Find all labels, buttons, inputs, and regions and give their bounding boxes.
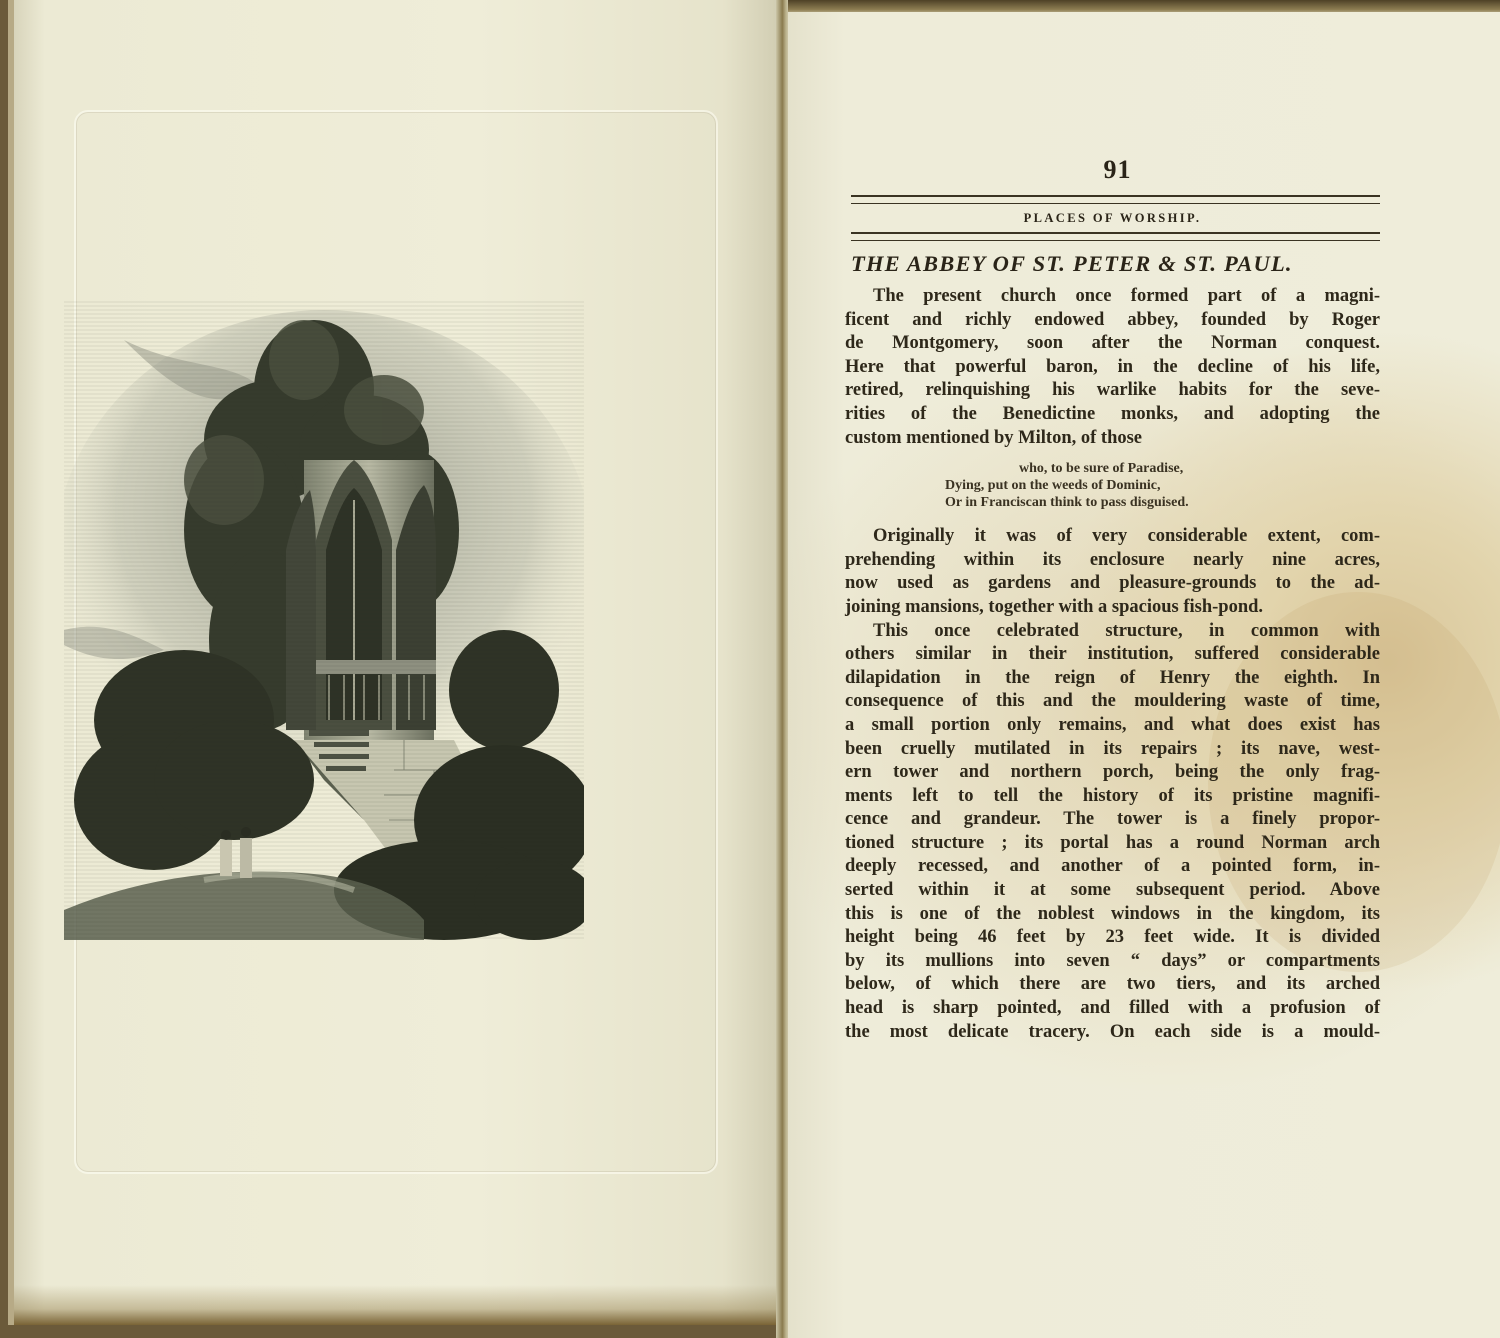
text-line: serted within it at some subsequent peri…: [845, 879, 1380, 903]
text-line: retired, relinquishing his warlike habit…: [845, 379, 1380, 403]
text-line: ments left to tell the history of its pr…: [845, 785, 1380, 809]
text-line: a small portion only remains, and what d…: [845, 714, 1380, 738]
page-text: 91 PLACES OF WORSHIP. THE ABBEY OF ST. P…: [845, 155, 1380, 1044]
page-edge-wear: [14, 1285, 784, 1325]
text-line: rities of the Benedictine monks, and ado…: [845, 403, 1380, 427]
verse-line: Or in Franciscan think to pass disguised…: [845, 494, 1380, 511]
running-head: PLACES OF WORSHIP.: [845, 204, 1380, 232]
text-line: this is one of the noblest windows in th…: [845, 903, 1380, 927]
milton-quotation: who, to be sure of Paradise, Dying, put …: [845, 460, 1380, 511]
text-line: head is sharp pointed, and filled with a…: [845, 997, 1380, 1021]
text-line: ern tower and northern porch, being the …: [845, 761, 1380, 785]
engraving-illustration: [64, 300, 584, 940]
text-line: below, of which there are two tiers, and…: [845, 973, 1380, 997]
text-line: others similar in their institution, suf…: [845, 643, 1380, 667]
header-rule-bottom: [851, 232, 1380, 241]
text-line: de Montgomery, soon after the Norman con…: [845, 332, 1380, 356]
text-line: cence and grandeur. The tower is a finel…: [845, 808, 1380, 832]
text-line: consequence of this and the mouldering w…: [845, 690, 1380, 714]
chapter-title: THE ABBEY OF ST. PETER & ST. PAUL.: [851, 251, 1380, 277]
text-line: Originally it was of very considerable e…: [845, 525, 1380, 549]
text-line: Here that powerful baron, in the decline…: [845, 356, 1380, 380]
text-line: dilapidation in the reign of Henry the e…: [845, 667, 1380, 691]
text-line: This once celebrated structure, in commo…: [845, 620, 1380, 644]
text-line: ficent and richly endowed abbey, founded…: [845, 309, 1380, 333]
text-line: tioned structure ; its portal has a roun…: [845, 832, 1380, 856]
paragraph-3: This once celebrated structure, in commo…: [845, 620, 1380, 1045]
text-line: height being 46 feet by 23 feet wide. It…: [845, 926, 1380, 950]
paragraph-1: The present church once formed part of a…: [845, 285, 1380, 450]
page-number: 91: [845, 155, 1380, 185]
text-line: custom mentioned by Milton, of those: [845, 427, 1380, 451]
header-rule-top: [851, 195, 1380, 204]
verse-line: who, to be sure of Paradise,: [845, 460, 1380, 477]
text-line: deeply recessed, and another of a pointe…: [845, 855, 1380, 879]
text-line: the most delicate tracery. On each side …: [845, 1021, 1380, 1045]
text-line: been cruelly mutilated in its repairs ; …: [845, 738, 1380, 762]
text-line: The present church once formed part of a…: [845, 285, 1380, 309]
open-book-spread: 91 PLACES OF WORSHIP. THE ABBEY OF ST. P…: [0, 0, 1500, 1338]
text-line: joining mansions, together with a spacio…: [845, 596, 1380, 620]
paragraph-2: Originally it was of very considerable e…: [845, 525, 1380, 619]
left-page: [8, 0, 784, 1325]
verse-line: Dying, put on the weeds of Dominic,: [845, 477, 1380, 494]
text-line: by its mullions into seven “ days” or co…: [845, 950, 1380, 974]
text-line: prehending within its enclosure nearly n…: [845, 549, 1380, 573]
text-line: now used as gardens and pleasure-grounds…: [845, 572, 1380, 596]
